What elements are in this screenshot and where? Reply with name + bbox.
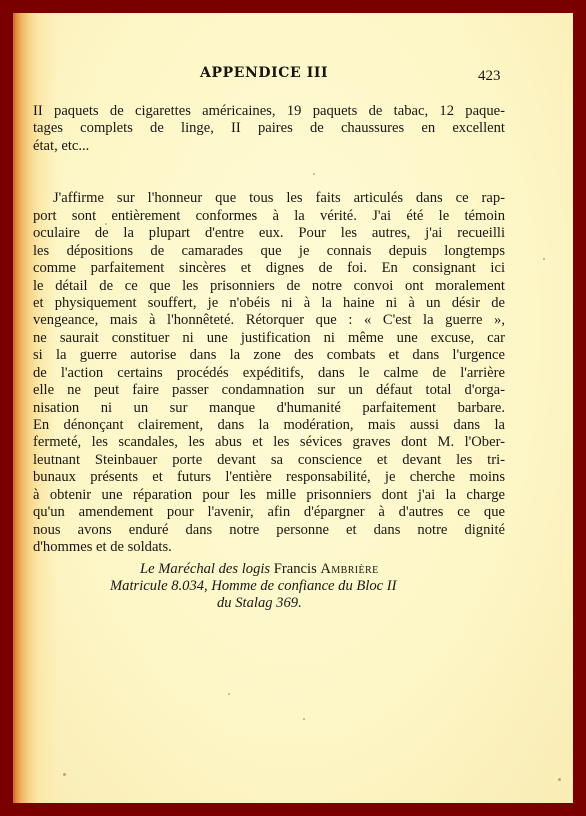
paragraph-gap	[33, 155, 505, 190]
text-line: et physiquement souffert, je n'obéis ni …	[33, 295, 505, 312]
paper-speck	[105, 223, 107, 225]
text-line: leutnant Steinbauer porte devant sa cons…	[33, 452, 505, 469]
text-line: elle ne peut faire passer condamnation s…	[33, 382, 505, 399]
text-line: d'hommes et de soldats.	[33, 539, 505, 556]
text-line: II paquets de cigarettes américaines, 19…	[33, 103, 505, 120]
text-line: le détail de ce que les prisonniers de n…	[33, 278, 505, 295]
paper-speck	[313, 173, 315, 175]
book-page: APPENDICE III 423 II paquets de cigarett…	[13, 13, 573, 803]
signature-name-line: Le Maréchal des logis Francis Ambrière	[13, 561, 573, 578]
body-text: II paquets de cigarettes américaines, 19…	[33, 103, 505, 557]
main-paragraph: J'affirme sur l'honneur que tous les fai…	[33, 190, 505, 556]
paper-speck	[228, 693, 230, 695]
text-line: de l'action certains procédés expéditifs…	[33, 365, 505, 382]
text-line: bunaux présents et futurs l'entière resp…	[33, 469, 505, 486]
text-line: les dépositions de camarades que je conn…	[33, 243, 505, 260]
paper-speck	[303, 718, 305, 720]
text-line: port sont entièrement conformes à la vér…	[33, 208, 505, 225]
signature-rank: Le Maréchal des logis	[140, 561, 270, 577]
paper-speck	[63, 773, 66, 776]
page-number: 423	[478, 68, 501, 85]
text-line: ne saurait constituer ni une justificati…	[33, 330, 505, 347]
text-line: si la guerre autorise dans la zone des c…	[33, 347, 505, 364]
text-line: nisation ni un sur manque d'humanité par…	[33, 400, 505, 417]
signature-block: Le Maréchal des logis Francis Ambrière M…	[13, 561, 573, 612]
text-line: état, etc...	[33, 138, 505, 155]
paper-speck	[558, 778, 561, 781]
signature-surname: Ambrière	[320, 561, 378, 577]
text-line: qu'un amendement pour l'avenir, afin d'é…	[33, 504, 505, 521]
header-title: APPENDICE III	[200, 65, 328, 81]
text-line: J'affirme sur l'honneur que tous les fai…	[33, 190, 505, 207]
continuation-paragraph: II paquets de cigarettes américaines, 19…	[33, 103, 505, 155]
text-line: En dénonçant clairement, dans la modérat…	[33, 417, 505, 434]
text-line: fermeté, les scandales, les abus et les …	[33, 434, 505, 451]
running-header: APPENDICE III 423	[13, 63, 573, 85]
text-line: vengeance, mais à l'honnêteté. Rétorquer…	[33, 312, 505, 329]
signature-registration-line: Matricule 8.034, Homme de confiance du B…	[13, 578, 573, 595]
text-line: comme parfaitement sincères et dignes de…	[33, 260, 505, 277]
text-line: à obtenir une réparation pour les mille …	[33, 487, 505, 504]
text-line: oculaire de la plupart d'entre eux. Pour…	[33, 225, 505, 242]
text-line: nous avons enduré dans notre personne et…	[33, 522, 505, 539]
paper-speck	[543, 258, 545, 260]
signature-first-name: Francis	[274, 561, 317, 577]
text-line: tages complets de linge, II paires de ch…	[33, 120, 505, 137]
signature-camp-line: du Stalag 369.	[13, 595, 573, 612]
